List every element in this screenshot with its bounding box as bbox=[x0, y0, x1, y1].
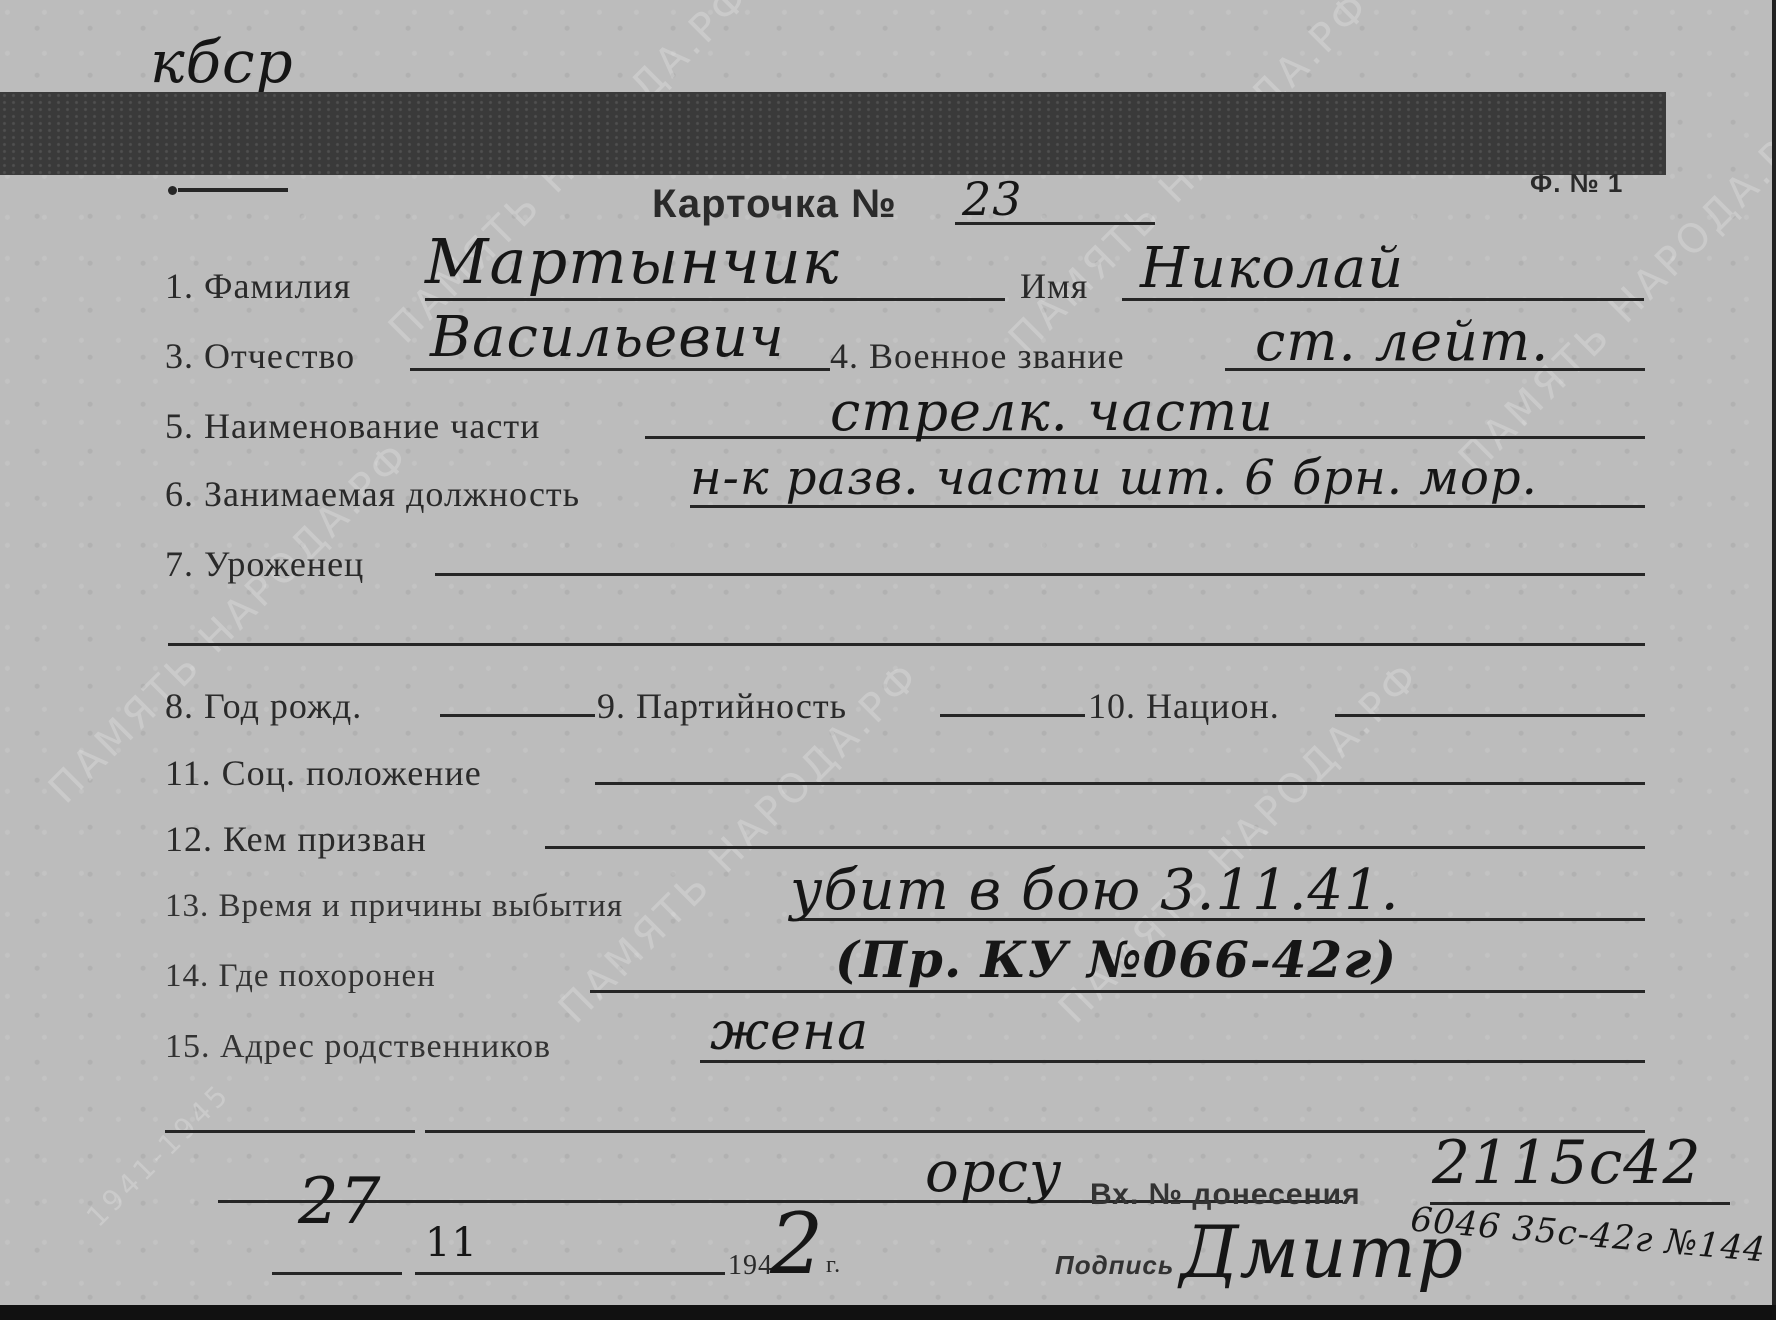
date-day-rule bbox=[272, 1272, 402, 1275]
loss-reason-label: 13. Время и причины выбытия bbox=[165, 888, 623, 925]
date-month-rule bbox=[415, 1272, 725, 1275]
surname-value: Мартынчик bbox=[425, 225, 840, 298]
burial-place-label: 14. Где похоронен bbox=[165, 958, 436, 995]
scan-border bbox=[0, 1305, 1776, 1320]
social-status-label: 11. Соц. положение bbox=[165, 752, 482, 794]
redaction-band bbox=[0, 92, 1666, 175]
birthplace-rule bbox=[435, 573, 1645, 576]
signature-label: Подпись bbox=[1055, 1250, 1174, 1281]
surname-rule bbox=[425, 298, 1005, 301]
dot bbox=[168, 186, 177, 195]
name-label: Имя bbox=[1020, 265, 1088, 307]
position-value: н-к разв. части шт. 6 брн. мор. bbox=[690, 450, 1538, 506]
relatives-address-label: 15. Адрес родственников bbox=[165, 1028, 551, 1066]
loss-reason-value: убит в бою 3.11.41. bbox=[790, 858, 1400, 923]
unit-value: стрелк. части bbox=[830, 380, 1274, 443]
unit-label: 5. Наименование части bbox=[165, 405, 540, 447]
watermark: ПАМЯТЬ НАРОДА.РФ bbox=[1000, 0, 1380, 363]
name-value: Николай bbox=[1140, 236, 1404, 301]
position-label: 6. Занимаемая должность bbox=[165, 473, 580, 515]
incoming-value: 2115с42 bbox=[1432, 1128, 1702, 1198]
department: орсу bbox=[925, 1140, 1062, 1205]
nationality-label: 10. Национ. bbox=[1088, 685, 1280, 727]
drafted-by-rule bbox=[545, 846, 1645, 849]
date-day: 27 bbox=[298, 1165, 381, 1239]
birth-year-label: 8. Год рожд. bbox=[165, 685, 362, 727]
burial-place-value: (Пр. КУ №066-42г) bbox=[835, 930, 1397, 989]
birthplace-rule-2 bbox=[168, 643, 1645, 646]
incoming-label: Вх. № донесения bbox=[1090, 1178, 1361, 1212]
watermark-years: 1941-1945 bbox=[80, 1077, 237, 1234]
date-month: 11 bbox=[425, 1220, 478, 1266]
surname-label: 1. Фамилия bbox=[165, 265, 351, 307]
year-unit: г. bbox=[826, 1252, 841, 1279]
drafted-by-label: 12. Кем призван bbox=[165, 818, 427, 860]
year-suffix: 2 bbox=[770, 1195, 824, 1293]
birth-year-rule bbox=[440, 714, 595, 717]
social-status-rule bbox=[595, 782, 1645, 785]
short-rule bbox=[178, 188, 288, 192]
loss-record-card: ПАМЯТЬ НАРОДА.РФ ПАМЯТЬ НАРОДА.РФ ПАМЯТЬ… bbox=[0, 0, 1776, 1305]
year-prefix: 194 bbox=[728, 1250, 773, 1282]
corner-note: кбср bbox=[150, 28, 294, 96]
card-number: 23 bbox=[962, 172, 1023, 226]
relatives-address-value: жена bbox=[710, 1002, 869, 1062]
burial-place-rule bbox=[590, 990, 1645, 993]
patronymic-value: Васильевич bbox=[430, 305, 785, 370]
party-rule bbox=[940, 714, 1085, 717]
form-code: Ф. № 1 bbox=[1530, 168, 1623, 199]
birthplace-label: 7. Уроженец bbox=[165, 543, 364, 585]
nationality-rule bbox=[1335, 714, 1645, 717]
rank-value: ст. лейт. bbox=[1255, 310, 1549, 373]
extra-rule-left bbox=[165, 1130, 415, 1133]
card-title: Карточка № bbox=[652, 182, 897, 227]
patronymic-label: 3. Отчество bbox=[165, 335, 355, 377]
rank-label: 4. Военное звание bbox=[830, 335, 1125, 377]
party-label: 9. Партийность bbox=[597, 685, 847, 727]
card-edge bbox=[1772, 0, 1776, 1305]
